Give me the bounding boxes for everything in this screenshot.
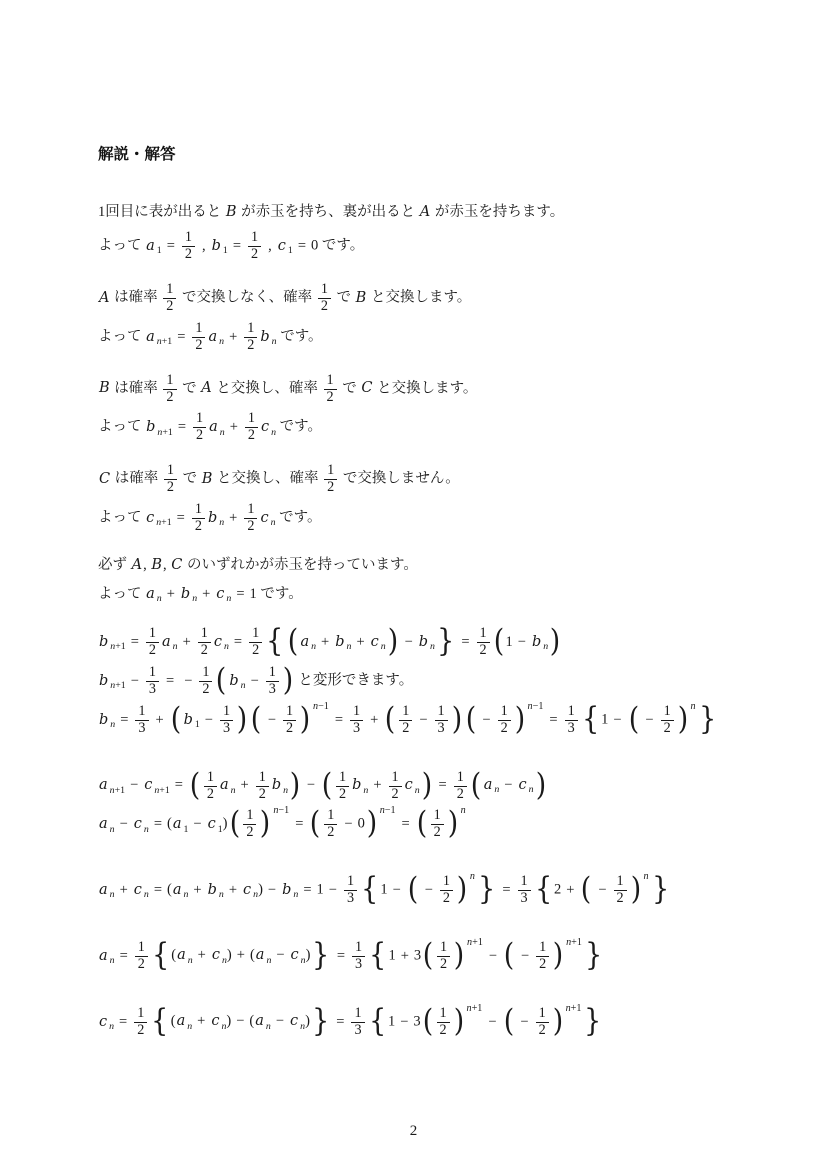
math-text: は確率 xyxy=(111,471,162,487)
math-brace-group: {1−3(12)n+1−(−12)n+1} xyxy=(368,1006,603,1039)
open-delimiter: ( xyxy=(504,943,514,970)
open-delimiter: ( xyxy=(170,707,180,734)
math-paren-group: (an+bn+cn) xyxy=(287,629,399,656)
math-operator: − xyxy=(425,882,433,898)
fraction-numerator: 1 xyxy=(437,1006,450,1023)
math-fraction: 12 xyxy=(440,874,453,907)
fraction-denominator: 2 xyxy=(244,338,257,354)
fraction-numerator: 1 xyxy=(146,665,159,682)
paragraph: 必ず A, B, C のいずれかが赤玉を持っています。よって an+bn+cn=… xyxy=(98,551,789,610)
math-operator: = xyxy=(120,948,128,964)
math-variable: B xyxy=(98,380,111,396)
math-operator: − xyxy=(598,882,606,898)
math-subscript: n xyxy=(220,427,225,438)
open-delimiter: { xyxy=(152,943,169,970)
group-content: (an+cn)−(an−cn) xyxy=(170,1010,311,1034)
open-delimiter: ( xyxy=(310,811,320,838)
math-operator: − xyxy=(268,882,276,898)
math-subscript: n+1 xyxy=(110,641,125,652)
group-content: −12 xyxy=(515,940,552,973)
script-char: n xyxy=(187,1021,192,1032)
math-fraction: 13 xyxy=(146,665,159,698)
fraction-numerator: 1 xyxy=(565,704,578,721)
math-paren-group: (12)n xyxy=(416,808,466,841)
math-operator: = xyxy=(335,712,343,728)
close-delimiter: ) xyxy=(447,811,457,838)
math-fraction: 12 xyxy=(193,411,206,444)
close-delimiter: } xyxy=(313,943,330,970)
math-variable: c xyxy=(145,510,155,526)
script-char: n xyxy=(110,719,115,730)
group-content: 12 xyxy=(434,940,453,973)
math-text: で xyxy=(339,380,361,396)
math-fraction: 13 xyxy=(350,704,363,737)
math-operator: − xyxy=(236,1013,244,1029)
fraction-denominator: 2 xyxy=(192,338,205,354)
math-operator: + xyxy=(237,947,245,963)
math-operator: − xyxy=(307,777,315,793)
fraction-numerator: 1 xyxy=(266,665,279,682)
math-subscript: 1 xyxy=(288,245,293,256)
math-text: ) xyxy=(227,947,232,963)
math-variable: a xyxy=(176,1013,187,1029)
script-char: 1 xyxy=(576,1003,581,1014)
close-delimiter: ) xyxy=(553,943,563,970)
math-brace-group: {1+3(12)n+1−(−12)n+1} xyxy=(368,940,603,973)
math-subscript: n xyxy=(430,641,435,652)
math-operator: = xyxy=(120,712,128,728)
page-number: 2 xyxy=(410,1123,418,1139)
math-variable: b xyxy=(98,712,109,728)
math-text: 2 xyxy=(554,882,561,898)
math-subscript: n xyxy=(219,336,224,347)
script-char: 1 xyxy=(324,701,329,712)
math-variable: b xyxy=(228,673,239,689)
fraction-numerator: 1 xyxy=(134,1006,147,1023)
open-delimiter: { xyxy=(361,877,378,904)
fraction-denominator: 2 xyxy=(135,957,148,973)
math-variable: a xyxy=(172,882,183,898)
math-operator: = xyxy=(119,1014,127,1030)
math-fraction: 12 xyxy=(437,940,450,973)
math-line: よって a1=12,b1=12,c1=0 です。 xyxy=(98,227,789,266)
script-char: n xyxy=(157,593,162,604)
fraction-numerator: 1 xyxy=(199,665,212,682)
math-subscript: n xyxy=(184,889,189,900)
math-operator: − xyxy=(205,712,213,728)
script-char: 1 xyxy=(538,701,543,712)
math-variable: c xyxy=(242,882,252,898)
math-subscript: n+1 xyxy=(157,336,172,347)
math-variable: b xyxy=(281,882,292,898)
math-fraction: 12 xyxy=(324,373,337,406)
math-variable: a xyxy=(98,882,109,898)
script-char: 1 xyxy=(577,937,582,948)
math-line: 1回目に表が出ると B が赤玉を持ち、裏が出ると A が赤玉を持ちます。 xyxy=(98,198,789,227)
fraction-numerator: 1 xyxy=(536,940,549,957)
fraction-numerator: 1 xyxy=(431,808,444,825)
script-char: n xyxy=(363,785,368,796)
math-paren-group: (−12)n−1 xyxy=(250,704,329,737)
math-fraction: 12 xyxy=(324,808,337,841)
math-text: 1 xyxy=(388,1014,395,1030)
math-operator: − xyxy=(268,712,276,728)
math-fraction: 12 xyxy=(243,808,256,841)
fraction-numerator: 1 xyxy=(399,704,412,721)
math-fraction: 12 xyxy=(437,1006,450,1039)
fraction-numerator: 1 xyxy=(351,1006,364,1023)
math-operator: − xyxy=(520,1014,528,1030)
group-content: 12 xyxy=(428,808,447,841)
paragraph: an=12{(an+cn)+(an−cn)}=13{1+3(12)n+1−(−1… xyxy=(98,937,789,976)
fraction-denominator: 2 xyxy=(244,519,257,535)
close-delimiter: ) xyxy=(552,1009,562,1036)
math-operator: = xyxy=(439,777,447,793)
math-superscript: n+1 xyxy=(566,938,582,948)
math-text: が赤玉を持ち、裏が出ると xyxy=(238,204,419,220)
open-delimiter: ( xyxy=(422,1009,432,1036)
math-operator: + xyxy=(229,882,237,898)
math-fraction: 12 xyxy=(146,626,159,659)
fraction-denominator: 3 xyxy=(435,721,448,737)
math-operator: = xyxy=(233,238,241,254)
close-delimiter: ) xyxy=(237,707,247,734)
script-char: n xyxy=(266,1021,271,1032)
math-subscript: n xyxy=(363,785,368,796)
open-delimiter: ( xyxy=(493,629,503,656)
math-line: C は確率 12 で B と交換し、確率 12 で交換しません。 xyxy=(98,460,789,499)
math-brace-group: {1−(−12)n} xyxy=(360,874,496,907)
script-char: n xyxy=(381,641,386,652)
math-subscript: n xyxy=(110,889,115,900)
open-delimiter: ( xyxy=(503,1009,513,1036)
math-variable: c xyxy=(259,510,269,526)
math-text: と交換し、確率 xyxy=(213,471,322,487)
math-line: an+cn=(an+bn+cn)−bn=1−13{1−(−12)n}=13{2+… xyxy=(98,871,789,910)
fraction-numerator: 1 xyxy=(498,704,511,721)
math-variable: c xyxy=(517,777,527,793)
math-operator: − xyxy=(645,712,653,728)
math-fraction: 13 xyxy=(220,704,233,737)
open-delimiter: ( xyxy=(408,877,418,904)
script-char: n xyxy=(219,517,224,528)
math-variable: C xyxy=(360,380,373,396)
math-text: よって xyxy=(98,329,145,345)
math-operator: − xyxy=(193,816,201,832)
math-text: よって xyxy=(98,586,145,602)
math-paren-group: (an−cn) xyxy=(470,773,547,800)
math-fraction: 12 xyxy=(163,282,176,315)
fraction-numerator: 1 xyxy=(204,770,217,787)
math-variable: c xyxy=(210,1013,220,1029)
math-variable: a xyxy=(98,777,109,793)
math-operator: + xyxy=(183,634,191,650)
math-line: A は確率 12 で交換しなく、確率 12 で B と交換します。 xyxy=(98,279,789,318)
close-delimiter: ) xyxy=(283,668,293,695)
fraction-denominator: 2 xyxy=(182,247,195,263)
group-content: b1−13 xyxy=(182,704,237,737)
math-text: です。 xyxy=(277,329,323,345)
math-subscript: n xyxy=(187,1021,192,1032)
script-char: n xyxy=(461,805,466,816)
math-subscript: n xyxy=(266,955,271,966)
math-text: で xyxy=(179,380,201,396)
group-content: 12−13 xyxy=(396,704,450,737)
math-operator: = xyxy=(177,329,185,345)
fraction-numerator: 1 xyxy=(256,770,269,787)
math-text: ) xyxy=(306,947,311,963)
math-superscript: n−1 xyxy=(380,806,396,816)
math-text: よって xyxy=(98,510,145,526)
math-text: 1 xyxy=(388,948,395,964)
math-superscript: n+1 xyxy=(467,1004,483,1014)
math-brace-group: {(an+cn)+(an−cn)} xyxy=(151,943,331,970)
script-char: 1 xyxy=(157,245,162,256)
math-operator: = xyxy=(336,1014,344,1030)
math-superscript: n xyxy=(461,806,466,816)
close-delimiter: ) xyxy=(290,773,300,800)
fraction-numerator: 1 xyxy=(614,874,627,891)
math-variable: b xyxy=(207,882,218,898)
fraction-denominator: 2 xyxy=(399,721,412,737)
math-variable: a xyxy=(208,419,219,435)
fraction-numerator: 1 xyxy=(135,704,148,721)
math-fraction: 12 xyxy=(498,704,511,737)
group-content: an−cn xyxy=(482,774,535,798)
math-fraction: 12 xyxy=(399,704,412,737)
math-superscript: n xyxy=(691,702,696,712)
math-line: bn+1=12an+12cn=12{(an+bn+cn)−bn}=12(1−bn… xyxy=(98,623,789,662)
math-line: an−cn=(a1−c1)(12)n−1=(12−0)n−1=(12)n xyxy=(98,805,789,844)
math-text: ) xyxy=(223,816,228,832)
page-footer: 2 xyxy=(0,1123,827,1140)
math-variable: a xyxy=(161,634,172,650)
math-operator: + xyxy=(370,712,378,728)
close-delimiter: ) xyxy=(454,943,464,970)
fraction-denominator: 3 xyxy=(352,957,365,973)
math-fraction: 12 xyxy=(336,770,349,803)
script-char: 1 xyxy=(165,785,170,796)
script-char: n xyxy=(347,641,352,652)
math-fraction: 12 xyxy=(536,940,549,973)
math-line: bn=13+(b1−13)(−12)n−1=13+(12−13)(−12)n−1… xyxy=(98,701,789,740)
math-subscript: n xyxy=(110,955,115,966)
close-delimiter: ) xyxy=(300,707,310,734)
math-operator: − xyxy=(504,777,512,793)
script-char: n xyxy=(266,955,271,966)
open-delimiter: ( xyxy=(628,707,638,734)
math-subscript: n xyxy=(224,641,229,652)
math-variable: c xyxy=(133,882,143,898)
script-char: 1 xyxy=(121,680,126,691)
script-char: 1 xyxy=(284,805,289,816)
math-variable: A xyxy=(419,204,431,220)
math-operator: − xyxy=(329,882,337,898)
open-delimiter: { xyxy=(369,1009,386,1036)
math-operator: + xyxy=(373,777,381,793)
math-variable: B xyxy=(201,471,214,487)
math-line: bn+1−13=−12(bn−13) と変形できます。 xyxy=(98,662,789,701)
group-content: 1−3(12)n+1−(−12)n+1 xyxy=(387,1006,583,1039)
fraction-denominator: 2 xyxy=(256,787,269,803)
fraction-denominator: 2 xyxy=(536,1023,549,1039)
math-fraction: 12 xyxy=(318,282,331,315)
script-char: n xyxy=(220,427,225,438)
group-content: (an+bn+cn)−bn xyxy=(285,629,436,656)
fraction-numerator: 1 xyxy=(350,704,363,721)
math-subscript: n xyxy=(157,593,162,604)
math-paren-group: (12)n+1 xyxy=(422,1006,483,1039)
math-subscript: n+1 xyxy=(157,427,172,438)
fraction-numerator: 1 xyxy=(283,704,296,721)
script-char: 1 xyxy=(477,1003,482,1014)
math-text: と交換し、確率 xyxy=(213,380,322,396)
math-subscript: n xyxy=(192,593,197,604)
math-brace-group: {(an+bn+cn)−bn} xyxy=(265,629,455,656)
math-text: ( xyxy=(171,1013,176,1029)
math-paren-group: (−12)n−1 xyxy=(465,704,544,737)
open-delimiter: ( xyxy=(581,877,591,904)
script-char: 1 xyxy=(184,824,189,835)
script-char: n xyxy=(231,785,236,796)
close-delimiter: ) xyxy=(514,707,524,734)
open-delimiter: ( xyxy=(423,943,433,970)
math-paren-group: (1−bn) xyxy=(493,629,561,656)
open-delimiter: { xyxy=(535,877,552,904)
math-variable: B xyxy=(225,204,238,220)
fraction-numerator: 1 xyxy=(435,704,448,721)
math-text: 3 xyxy=(414,948,421,964)
math-operator: = xyxy=(502,882,510,898)
close-delimiter: } xyxy=(652,877,669,904)
math-superscript: n xyxy=(470,872,475,882)
fraction-numerator: 1 xyxy=(437,940,450,957)
fraction-denominator: 3 xyxy=(518,891,531,907)
script-char: n xyxy=(144,889,149,900)
math-text: で xyxy=(333,290,355,306)
fraction-numerator: 1 xyxy=(536,1006,549,1023)
math-subscript: n xyxy=(347,641,352,652)
math-text: ) xyxy=(258,882,263,898)
solution-body: 1回目に表が出ると B が赤玉を持ち、裏が出ると A が赤玉を持ちます。よって … xyxy=(98,198,789,1042)
math-operator: = xyxy=(549,712,557,728)
fraction-denominator: 2 xyxy=(324,480,337,496)
fraction-denominator: 2 xyxy=(614,891,627,907)
math-text: よって xyxy=(98,238,145,254)
math-operator: = xyxy=(234,634,242,650)
paragraph: B は確率 12 で A と交換し、確率 12 で C と交換します。よって b… xyxy=(98,370,789,448)
math-subscript: n xyxy=(144,889,149,900)
close-delimiter: ) xyxy=(260,811,270,838)
fraction-numerator: 1 xyxy=(440,874,453,891)
math-paren-group: (−12)n xyxy=(628,704,696,737)
math-paren-group: (12−13) xyxy=(384,704,462,737)
math-variable: a xyxy=(219,777,230,793)
math-text: は確率 xyxy=(110,290,161,306)
math-variable: a xyxy=(98,948,109,964)
math-paren-group: (12−0)n−1 xyxy=(309,808,395,841)
math-text: で交換しなく、確率 xyxy=(178,290,315,306)
math-text: で交換しません。 xyxy=(339,471,460,487)
math-superscript: n+1 xyxy=(467,938,483,948)
fraction-numerator: 1 xyxy=(336,770,349,787)
math-operator: , xyxy=(268,238,272,254)
group-content: −12 xyxy=(514,1006,551,1039)
group-content: 12 xyxy=(240,808,259,841)
fraction-numerator: 1 xyxy=(220,704,233,721)
paragraph: A は確率 12 で交換しなく、確率 12 で B と交換します。よって an+… xyxy=(98,279,789,357)
math-operator: = xyxy=(154,882,162,898)
math-paren-group: (b1−13) xyxy=(170,704,248,737)
script-char: n xyxy=(226,593,231,604)
script-char: 1 xyxy=(120,785,125,796)
math-operator: = xyxy=(167,238,175,254)
math-paren-group: (12)n+1 xyxy=(422,940,483,973)
script-char: n xyxy=(293,889,298,900)
script-char: 1 xyxy=(167,517,172,528)
math-operator: = xyxy=(337,948,345,964)
group-content: −12 xyxy=(639,704,676,737)
fraction-numerator: 1 xyxy=(163,373,176,390)
script-char: n xyxy=(192,593,197,604)
paragraph: an+cn=(an+bn+cn)−bn=1−13{1−(−12)n}=13{2+… xyxy=(98,871,789,910)
math-variable: b xyxy=(271,777,282,793)
script-char: n xyxy=(283,785,288,796)
close-delimiter: ) xyxy=(451,707,461,734)
math-subscript: n xyxy=(415,785,420,796)
math-operator: + xyxy=(202,586,210,602)
math-fraction: 12 xyxy=(256,770,269,803)
section-heading: 解説・解答 xyxy=(98,142,789,164)
math-text: 1 です。 xyxy=(250,586,303,602)
math-operator: + xyxy=(241,777,249,793)
fraction-denominator: 2 xyxy=(245,428,258,444)
fraction-denominator: 2 xyxy=(498,721,511,737)
math-fraction: 13 xyxy=(351,1006,364,1039)
fraction-numerator: 1 xyxy=(243,808,256,825)
math-variable: a xyxy=(299,634,310,650)
script-char: n xyxy=(110,824,115,835)
fraction-numerator: 1 xyxy=(318,282,331,299)
math-operator: + xyxy=(198,947,206,963)
fraction-denominator: 2 xyxy=(437,1023,450,1039)
math-text: 1 xyxy=(506,634,513,650)
math-variable: c xyxy=(213,634,223,650)
math-variable: b xyxy=(98,634,109,650)
script-char: 1 xyxy=(168,427,173,438)
paragraph: C は確率 12 で B と交換し、確率 12 で交換しません。よって cn+1… xyxy=(98,460,789,538)
math-line: B は確率 12 で A と交換し、確率 12 で C と交換します。 xyxy=(98,370,789,409)
fraction-denominator: 2 xyxy=(192,519,205,535)
script-char: n xyxy=(494,784,499,795)
math-subscript: n xyxy=(110,719,115,730)
script-char: n xyxy=(184,889,189,900)
math-variable: b xyxy=(531,634,542,650)
script-char: 1 xyxy=(390,805,395,816)
script-char: n xyxy=(415,785,420,796)
close-delimiter: } xyxy=(699,707,716,734)
open-delimiter: ( xyxy=(471,773,481,800)
math-variable: b xyxy=(334,634,345,650)
math-variable: A xyxy=(98,290,110,306)
fraction-denominator: 2 xyxy=(536,957,549,973)
math-operator: = xyxy=(303,882,311,898)
math-subscript: 1 xyxy=(157,245,162,256)
math-subscript: n xyxy=(219,517,224,528)
math-fraction: 12 xyxy=(164,463,177,496)
fraction-denominator: 2 xyxy=(243,825,256,841)
math-variable: c xyxy=(289,1013,299,1029)
